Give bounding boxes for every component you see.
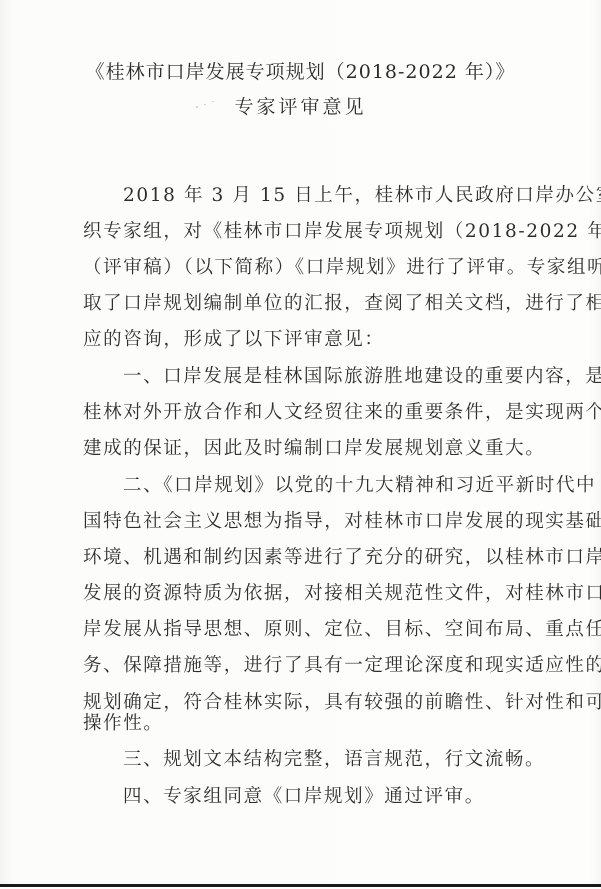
text-line: （评审稿）（以下简称）《口岸规划》进行了评审。专家组听 — [83, 253, 583, 279]
text-line: 国特色社会主义思想为指导，对桂林市口岸发展的现实基础、 — [83, 507, 583, 533]
scan-speck — [196, 106, 198, 108]
text-line: 发展的资源特质为依据，对接相关规范性文件，对桂林市口 — [83, 579, 583, 605]
text-line: 织专家组，对《桂林市口岸发展专项规划（2018-2022 年）》 — [83, 217, 583, 243]
text-line: 一、口岸发展是桂林国际旅游胜地建设的重要内容，是 — [123, 362, 601, 388]
document-page: 《桂林市口岸发展专项规划（2018-2022 年）》 专家评审意见 2018 年… — [0, 0, 601, 884]
text-line: 操作性。 — [83, 709, 583, 735]
text-line: 2018 年 3 月 15 日上午，桂林市人民政府口岸办公室组 — [123, 181, 601, 207]
document-subtitle: 专家评审意见 — [0, 92, 601, 119]
text-line: 桂林对外开放合作和人文经贸往来的重要条件，是实现两个 — [83, 398, 583, 424]
text-line: 取了口岸规划编制单位的汇报，查阅了相关文档，进行了相 — [83, 289, 583, 315]
text-line: 三、规划文本结构完整，语言规范，行文流畅。 — [123, 745, 601, 771]
text-line: 环境、机遇和制约因素等进行了充分的研究，以桂林市口岸 — [83, 543, 583, 569]
text-line: 二、《口岸规划》以党的十九大精神和习近平新时代中 — [123, 471, 601, 497]
document-title: 《桂林市口岸发展专项规划（2018-2022 年）》 — [0, 57, 601, 84]
text-line: 岸发展从指导思想、原则、定位、目标、空间布局、重点任 — [83, 615, 583, 641]
scan-speck — [204, 104, 206, 105]
scan-speck — [212, 101, 214, 102]
text-line: 四、专家组同意《口岸规划》通过评审。 — [123, 782, 601, 808]
text-line: 应的咨询，形成了以下评审意见： — [83, 325, 583, 351]
text-line: 务、保障措施等，进行了具有一定理论深度和现实适应性的 — [83, 651, 583, 677]
text-line: 建成的保证，因此及时编制口岸发展规划意义重大。 — [83, 434, 583, 460]
